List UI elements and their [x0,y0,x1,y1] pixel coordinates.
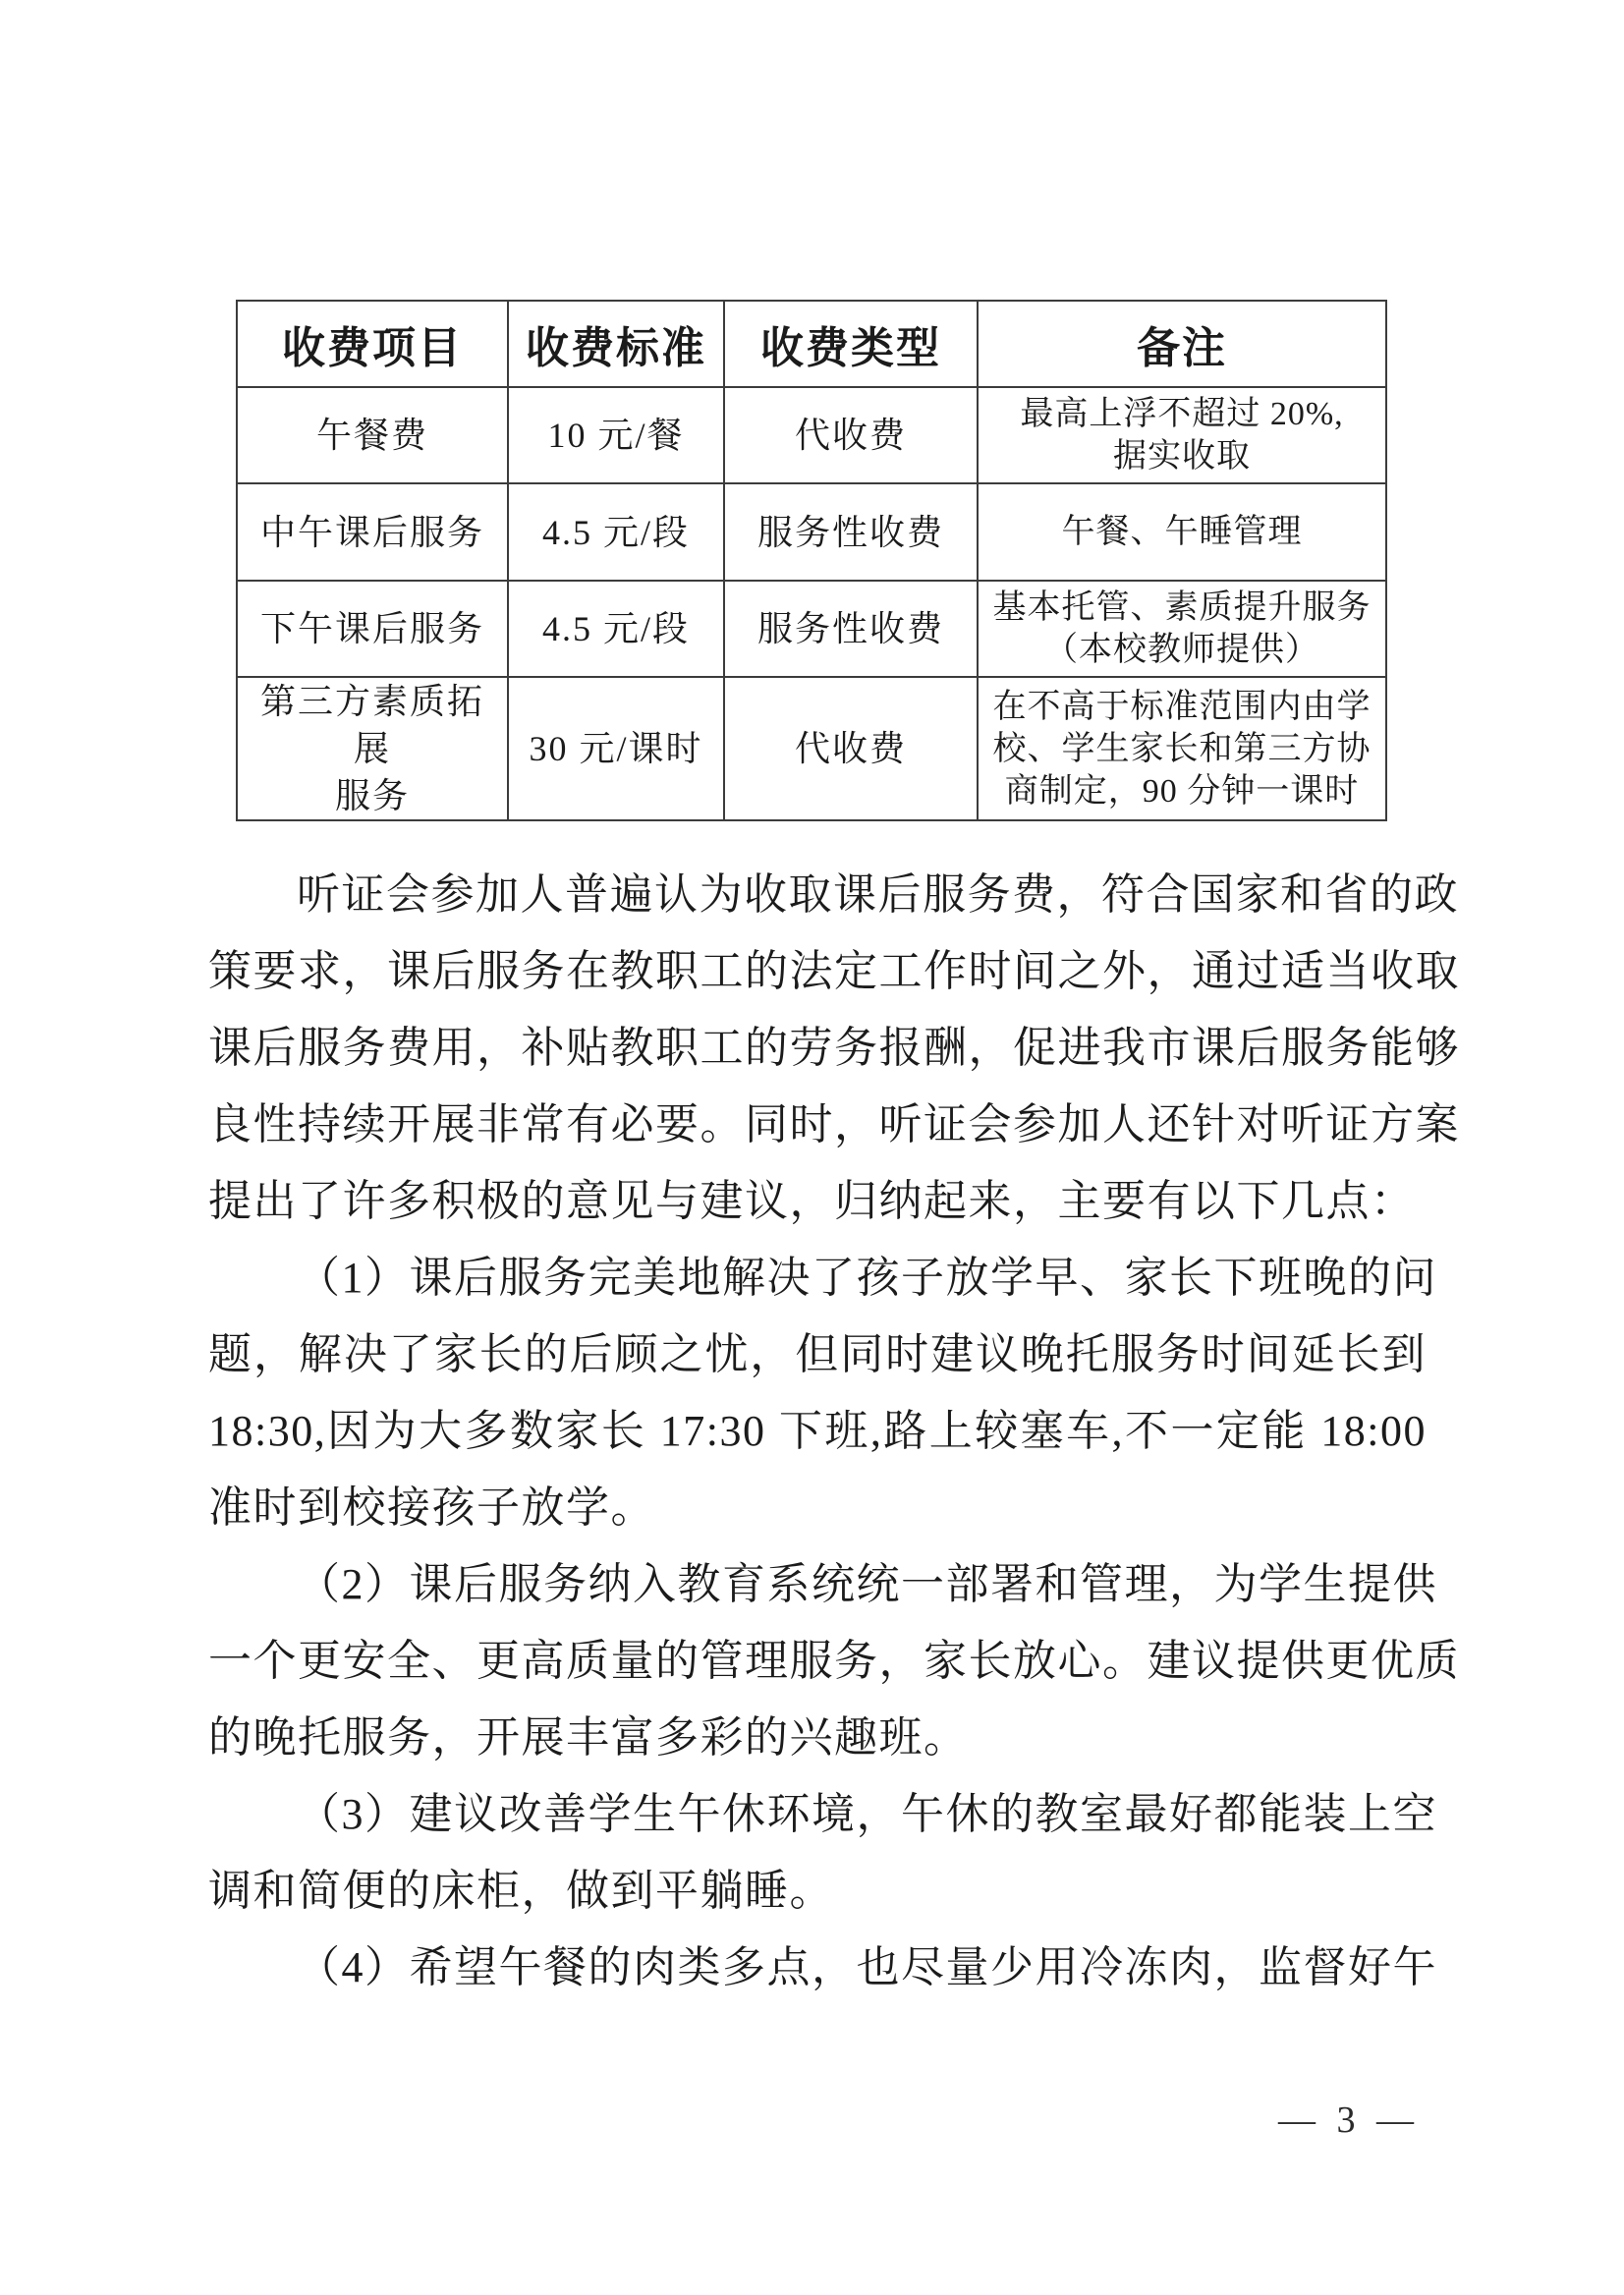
cell-fee-standard: 30 元/课时 [508,677,724,820]
paragraph-point-4: （4）希望午餐的肉类多点，也尽量少用冷冻肉，监督好午 [208,1930,1427,2006]
text-line: （4）希望午餐的肉类多点，也尽量少用冷冻肉，监督好午 [208,1930,1427,2006]
text-line: 的晚托服务，开展丰富多彩的兴趣班。 [208,1700,1427,1776]
text-line: 题，解决了家长的后顾之忧，但同时建议晚托服务时间延长到 [208,1316,1427,1393]
cell-fee-type: 代收费 [724,677,978,820]
text-line: （1）课后服务完美地解决了孩子放学早、家长下班晚的问 [208,1240,1427,1316]
header-fee-type: 收费类型 [724,301,978,387]
cell-fee-item: 第三方素质拓展 服务 [237,677,508,820]
text-line: 提出了许多积极的意见与建议，归纳起来，主要有以下几点： [208,1163,1427,1240]
text-line: （2）课后服务纳入教育系统统一部署和管理，为学生提供 [208,1546,1427,1623]
cell-fee-type: 服务性收费 [724,581,978,677]
table-row: 午餐费 10 元/餐 代收费 最高上浮不超过 20%, 据实收取 [237,387,1386,483]
cell-fee-type: 代收费 [724,387,978,483]
text-line: 良性持续开展非常有必要。同时，听证会参加人还针对听证方案 [208,1087,1427,1163]
text-line: 一个更安全、更高质量的管理服务，家长放心。建议提供更优质 [208,1623,1427,1700]
table-row: 第三方素质拓展 服务 30 元/课时 代收费 在不高于标准范围内由学 校、学生家… [237,677,1386,820]
paragraph-point-3: （3）建议改善学生午休环境，午休的教室最好都能装上空 调和简便的床柜，做到平躺睡… [208,1776,1427,1930]
header-fee-item: 收费项目 [237,301,508,387]
text-line: 准时到校接孩子放学。 [208,1470,1427,1546]
text-line: 听证会参加人普遍认为收取课后服务费，符合国家和省的政 [208,857,1427,933]
cell-fee-item: 下午课后服务 [237,581,508,677]
cell-remark: 最高上浮不超过 20%, 据实收取 [978,387,1386,483]
cell-remark: 午餐、午睡管理 [978,483,1386,581]
header-fee-standard: 收费标准 [508,301,724,387]
text-line: 调和简便的床柜，做到平躺睡。 [208,1853,1427,1930]
text-line: 课后服务费用，补贴教职工的劳务报酬，促进我市课后服务能够 [208,1010,1427,1087]
paragraph-point-1: （1）课后服务完美地解决了孩子放学早、家长下班晚的问 题，解决了家长的后顾之忧，… [208,1240,1427,1546]
paragraph-intro: 听证会参加人普遍认为收取课后服务费，符合国家和省的政 策要求，课后服务在教职工的… [208,857,1427,1240]
page-number: — 3 — [1278,2099,1420,2142]
cell-fee-standard: 4.5 元/段 [508,581,724,677]
paragraph-point-2: （2）课后服务纳入教育系统统一部署和管理，为学生提供 一个更安全、更高质量的管理… [208,1546,1427,1776]
header-remark: 备注 [978,301,1386,387]
text-line: （3）建议改善学生午休环境，午休的教室最好都能装上空 [208,1776,1427,1853]
body-text: 听证会参加人普遍认为收取课后服务费，符合国家和省的政 策要求，课后服务在教职工的… [208,857,1427,2006]
cell-fee-standard: 10 元/餐 [508,387,724,483]
table-row: 下午课后服务 4.5 元/段 服务性收费 基本托管、素质提升服务 （本校教师提供… [237,581,1386,677]
text-line: 策要求，课后服务在教职工的法定工作时间之外，通过适当收取 [208,933,1427,1010]
cell-remark: 基本托管、素质提升服务 （本校教师提供） [978,581,1386,677]
cell-fee-type: 服务性收费 [724,483,978,581]
fee-table: 收费项目 收费标准 收费类型 备注 午餐费 10 元/餐 代收费 最高上浮不超过… [236,300,1387,821]
table-row: 中午课后服务 4.5 元/段 服务性收费 午餐、午睡管理 [237,483,1386,581]
document-page: 收费项目 收费标准 收费类型 备注 午餐费 10 元/餐 代收费 最高上浮不超过… [0,0,1624,2295]
cell-remark: 在不高于标准范围内由学 校、学生家长和第三方协 商制定，90 分钟一课时 [978,677,1386,820]
cell-fee-item: 中午课后服务 [237,483,508,581]
text-line: 18:30,因为大多数家长 17:30 下班,路上较塞车,不一定能 18:00 [208,1393,1427,1470]
table-header-row: 收费项目 收费标准 收费类型 备注 [237,301,1386,387]
cell-fee-standard: 4.5 元/段 [508,483,724,581]
cell-fee-item: 午餐费 [237,387,508,483]
